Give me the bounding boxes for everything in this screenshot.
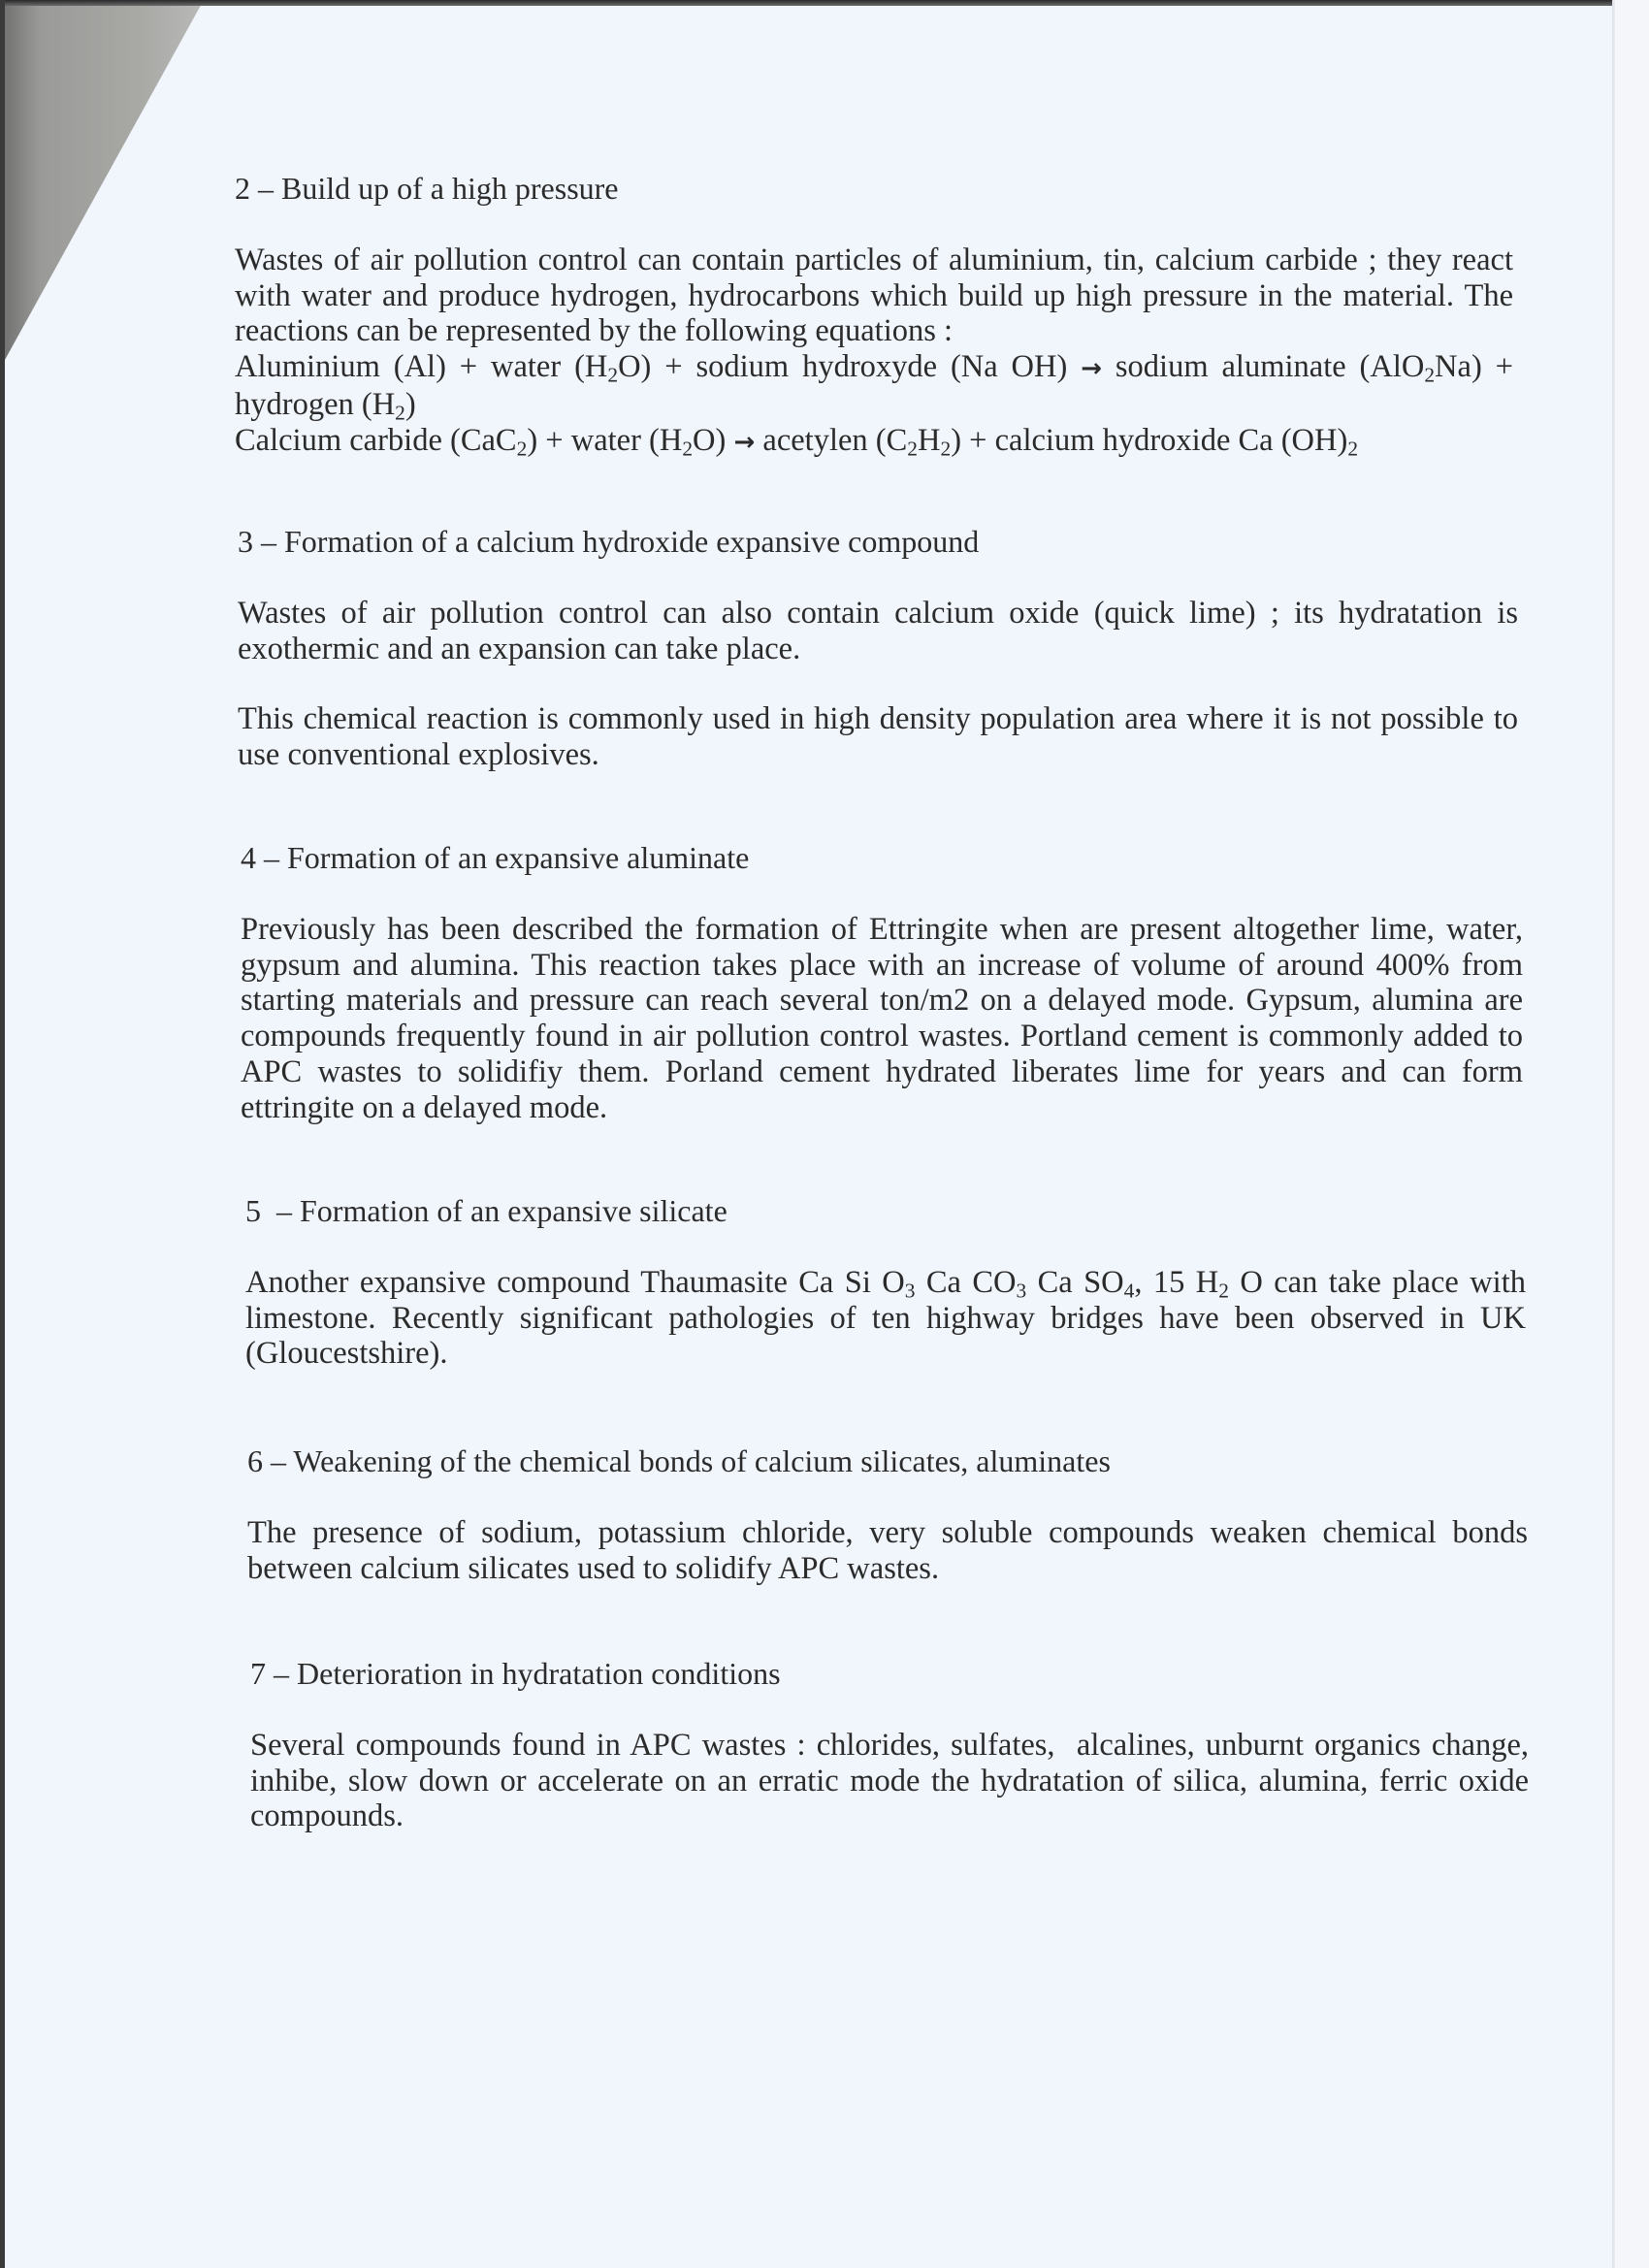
arrow-right-icon: → bbox=[733, 428, 755, 457]
section-4: 4 – Formation of an expansive aluminate … bbox=[241, 840, 1523, 1125]
section-paragraph: This chemical reaction is commonly used … bbox=[238, 701, 1518, 772]
section-3: 3 – Formation of a calcium hydroxide exp… bbox=[238, 524, 1518, 773]
section-heading: 5 – Formation of an expansive silicate bbox=[245, 1193, 1526, 1228]
section-6: 6 – Weakening of the chemical bonds of c… bbox=[247, 1443, 1528, 1586]
paper-strip-right bbox=[1615, 0, 1649, 2268]
section-heading: 2 – Build up of a high pressure bbox=[235, 171, 1513, 206]
section-paragraph: Previously has been described the format… bbox=[241, 912, 1523, 1125]
section-heading: 3 – Formation of a calcium hydroxide exp… bbox=[238, 524, 1518, 559]
equation-calcium-carbide: Calcium carbide (CaC2) + water (H2O) → a… bbox=[235, 423, 1513, 461]
section-heading: 6 – Weakening of the chemical bonds of c… bbox=[247, 1443, 1528, 1478]
scan-top-border bbox=[0, 0, 1649, 6]
arrow-right-icon: → bbox=[1081, 354, 1102, 383]
section-paragraph: Another expansive compound Thaumasite Ca… bbox=[245, 1265, 1526, 1372]
section-heading: 7 – Deterioration in hydratation conditi… bbox=[250, 1656, 1529, 1691]
section-paragraph: The presence of sodium, potassium chlori… bbox=[247, 1515, 1528, 1586]
section-7: 7 – Deterioration in hydratation conditi… bbox=[250, 1656, 1529, 1834]
section-2: 2 – Build up of a high pressure Wastes o… bbox=[235, 171, 1513, 460]
section-paragraph: Wastes of air pollution control can cont… bbox=[235, 243, 1513, 349]
section-paragraph: Several compounds found in APC wastes : … bbox=[250, 1728, 1529, 1834]
equation-aluminium: Aluminium (Al) + water (H2O) + sodium hy… bbox=[235, 349, 1513, 387]
section-paragraph: Wastes of air pollution control can also… bbox=[238, 596, 1518, 666]
scan-left-border bbox=[0, 0, 5, 2268]
equation-aluminium-cont: hydrogen (H2) bbox=[235, 387, 1513, 423]
scan-corner-shadow bbox=[0, 0, 204, 369]
section-heading: 4 – Formation of an expansive aluminate bbox=[241, 840, 1523, 875]
section-5: 5 – Formation of an expansive silicate A… bbox=[245, 1193, 1526, 1372]
